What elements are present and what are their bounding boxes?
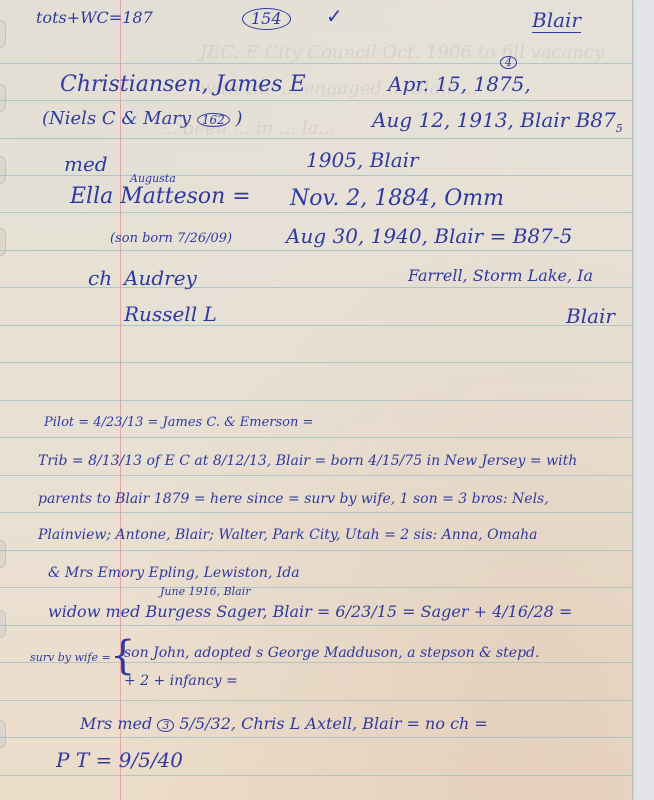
widow-marriage-line: widow med Burgess Sager, Blair = 6/23/15… bbox=[48, 604, 572, 620]
binding-hole bbox=[0, 156, 6, 184]
ruled-line bbox=[0, 63, 632, 64]
ruled-line bbox=[0, 325, 632, 326]
ruled-line bbox=[0, 400, 632, 401]
children-label: ch bbox=[88, 268, 112, 288]
ruled-line bbox=[0, 512, 632, 513]
binding-hole bbox=[0, 84, 6, 112]
notebook-page: JEC: E City Council Oct. 1906 to fill va… bbox=[0, 0, 632, 800]
death-text: Aug 12, 1913, Blair B87 bbox=[372, 108, 616, 132]
ruled-line bbox=[0, 587, 632, 588]
ruled-line bbox=[0, 362, 632, 363]
binding-hole bbox=[0, 720, 6, 748]
spouse-surname: Matteson = bbox=[120, 184, 250, 209]
ruled-line bbox=[0, 475, 632, 476]
obituary-line: Trib = 8/13/13 of E C at 8/12/13, Blair … bbox=[38, 454, 577, 468]
spouse-name: Ella Matteson = bbox=[70, 186, 251, 208]
marriage-date-place: 1905, Blair bbox=[306, 150, 419, 170]
birth-note: 4 bbox=[500, 56, 517, 69]
marriage-label: med bbox=[64, 154, 108, 174]
obituary-line: & Mrs Emory Epling, Lewiston, Ida bbox=[48, 566, 300, 580]
obituary-line: Plainview; Antone, Blair; Walter, Park C… bbox=[38, 528, 538, 542]
remarriage-line: Mrs med 3 5/5/32, Chris L Axtell, Blair … bbox=[80, 716, 488, 732]
subject-birth: Apr. 15, 1875, bbox=[388, 74, 531, 94]
parents-text: (Niels C & Mary bbox=[42, 108, 191, 129]
subject-parents: (Niels C & Mary 162 ) bbox=[42, 110, 242, 128]
parents-close: ) bbox=[235, 108, 242, 129]
subject-death: Aug 12, 1913, Blair B875 bbox=[372, 110, 623, 134]
bleed-through-text: JEC: E City Council Oct. 1906 to fill va… bbox=[200, 42, 604, 63]
header-location: Blair bbox=[532, 10, 581, 30]
header-location-text: Blair bbox=[532, 8, 581, 33]
spouse-given: Ella bbox=[70, 184, 113, 209]
survivors-line: son John, adopted s George Madduson, a s… bbox=[124, 646, 539, 660]
subject-name: Christiansen, James E bbox=[60, 74, 306, 96]
remarriage-prefix: Mrs med bbox=[80, 714, 152, 733]
ruled-line bbox=[0, 700, 632, 701]
child-name: Russell L bbox=[124, 304, 217, 324]
checkmark-icon: ✓ bbox=[326, 6, 343, 26]
ruled-line bbox=[0, 250, 632, 251]
pilot-note: Pilot = 4/23/13 = James C. & Emerson = bbox=[44, 416, 313, 429]
son-birth-note: (son born 7/26/09) bbox=[110, 232, 232, 245]
widow-insert-note: June 1916, Blair bbox=[160, 586, 251, 597]
ruled-line bbox=[0, 437, 632, 438]
binding-hole bbox=[0, 610, 6, 638]
child-info: Blair bbox=[566, 306, 615, 326]
entry-number-circle: 154 bbox=[242, 8, 291, 30]
binding-hole bbox=[0, 540, 6, 568]
binding-hole bbox=[0, 20, 6, 48]
remarriage-text: 5/5/32, Chris L Axtell, Blair = no ch = bbox=[179, 714, 487, 733]
spouse-birth: Nov. 2, 1884, Omm bbox=[290, 188, 504, 210]
entry-number: 154 bbox=[242, 8, 291, 30]
spouse-middle-name: Augusta bbox=[130, 173, 176, 184]
ruled-line bbox=[0, 737, 632, 738]
child-name: Audrey bbox=[124, 268, 197, 288]
ruled-line bbox=[0, 212, 632, 213]
birth-note-circle: 4 bbox=[500, 56, 517, 69]
child-info: Farrell, Storm Lake, Ia bbox=[408, 268, 593, 284]
survivors-label: surv by wife = bbox=[30, 652, 111, 663]
death-sub: 5 bbox=[616, 122, 623, 135]
ruled-line bbox=[0, 550, 632, 551]
survivors-line: + 2 + infancy = bbox=[124, 674, 238, 688]
remarriage-number-circle: 3 bbox=[157, 719, 174, 732]
pt-note: P T = 9/5/40 bbox=[56, 750, 183, 770]
ruled-line bbox=[0, 775, 632, 776]
ruled-line bbox=[0, 625, 632, 626]
tally-note: tots+WC=187 bbox=[36, 10, 153, 26]
parents-ref-circle: 162 bbox=[197, 113, 230, 127]
ruled-line bbox=[0, 100, 632, 101]
spouse-death: Aug 30, 1940, Blair = B87-5 bbox=[286, 226, 572, 246]
binding-hole bbox=[0, 228, 6, 256]
obituary-line: parents to Blair 1879 = here since = sur… bbox=[38, 492, 549, 506]
